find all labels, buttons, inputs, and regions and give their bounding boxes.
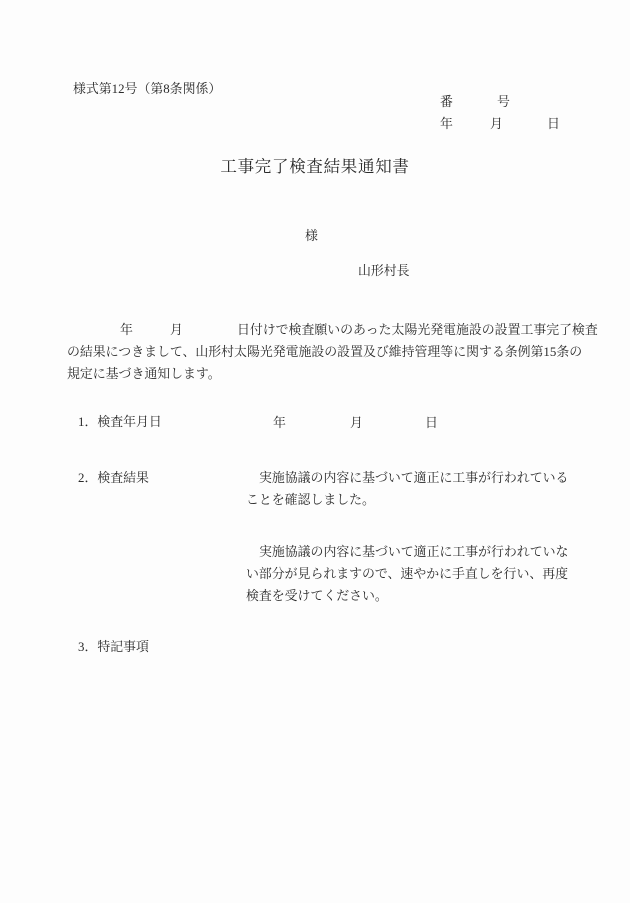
- sender-name: 山形村長: [358, 264, 410, 278]
- body-date-year: 年: [120, 323, 133, 337]
- header-date-year: 年: [440, 117, 453, 131]
- item1-label: 1．検査年月日: [78, 415, 162, 429]
- result-fail-line1: 実施協議の内容に基づいて適正に工事が行われていな: [259, 545, 568, 559]
- page-title: 工事完了検査結果通知書: [0, 158, 630, 176]
- header-date-day: 日: [547, 117, 560, 131]
- recipient-honorific: 様: [305, 229, 318, 243]
- body-line1: 日付けで検査願いのあった太陽光発電施設の設置工事完了検査: [237, 323, 598, 337]
- header-date-month: 月: [490, 117, 503, 131]
- document-page: 様式第12号（第8条関係） 番 号 年 月 日 工事完了検査結果通知書 様 山形…: [0, 0, 630, 903]
- item1-year: 年: [273, 416, 286, 430]
- item2-label: 2．検査結果: [78, 471, 149, 485]
- item1-month: 月: [350, 416, 363, 430]
- result-fail-line3: 検査を受けてください。: [246, 589, 388, 603]
- item1-day: 日: [425, 416, 438, 430]
- body-line3: 規定に基づき通知します。: [67, 367, 221, 381]
- result-pass-line1: 実施協議の内容に基づいて適正に工事が行われている: [259, 471, 568, 485]
- doc-number-label: 番: [440, 95, 453, 109]
- body-date-month: 月: [170, 323, 183, 337]
- body-line2: の結果につきまして、山形村太陽光発電施設の設置及び維持管理等に関する条例第15条…: [67, 345, 582, 359]
- form-number: 様式第12号（第8条関係）: [73, 82, 221, 96]
- item3-label: 3．特記事項: [78, 640, 149, 654]
- result-fail-line2: い部分が見られますので、速やかに手直しを行い、再度: [246, 567, 568, 581]
- doc-number-suffix: 号: [497, 95, 510, 109]
- result-pass-line2: ことを確認しました。: [246, 493, 375, 507]
